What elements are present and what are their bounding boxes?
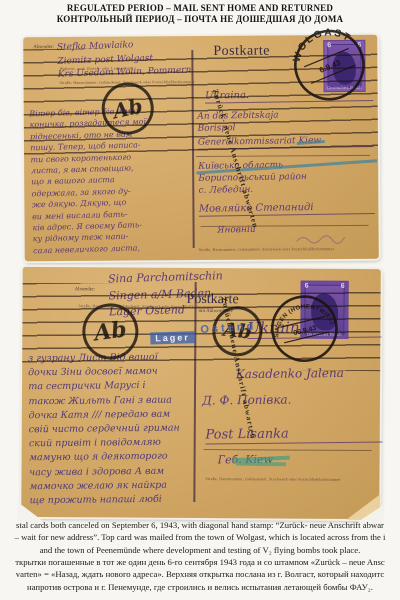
crossed-out-city: Kiew bbox=[245, 453, 273, 466]
address-line: Д. Ф. Попівка. bbox=[202, 392, 382, 408]
caption-russian: ткрытки погашенные в тот же один день 6-… bbox=[0, 556, 400, 593]
address-line: Бориспольський район bbox=[198, 171, 374, 184]
absender-label: Absender: bbox=[33, 45, 54, 50]
message-line: часу жива і здорова А вам bbox=[29, 464, 180, 480]
address-line: Геб. Kiew bbox=[218, 452, 383, 467]
message-line: мамуню що я деякоторого bbox=[29, 450, 180, 466]
caption-english: stal cards both canceled on September 6,… bbox=[0, 519, 400, 556]
form-hint: Straße, Hausnummer, Gebäudeteil, Stockwe… bbox=[205, 476, 340, 482]
ab-text: Ab bbox=[93, 316, 129, 346]
album-page: REGULATED PERIOD – MAIL SENT HOME AND RE… bbox=[0, 0, 400, 600]
message-block: з гузрану Лист Від вашої дочки Зіни досв… bbox=[28, 351, 181, 509]
message-line: також Жильть Гані з ваша bbox=[28, 393, 179, 409]
caption-line: ткрытки погашенные в тот же один день 6-… bbox=[0, 556, 400, 568]
caption-line: напротив острова и г. Пенемунде, где стр… bbox=[0, 581, 400, 593]
lager-box-handstamp: Lager bbox=[150, 331, 195, 344]
absender-label: Absender: bbox=[75, 287, 96, 292]
caption-line: varten» = «Назад, ждать нового адреса». … bbox=[0, 568, 400, 580]
ab-text: Ab bbox=[111, 94, 145, 124]
address-line: Київська область bbox=[198, 159, 374, 172]
form-hint: Wohnort, auch Zustell- oder Leitpostamt bbox=[59, 65, 132, 71]
pencil-notation bbox=[295, 231, 355, 247]
bottom-postcard: Absender: Sina Parchomitschin Singen a/M… bbox=[21, 267, 381, 519]
address-line: Post Lisanka bbox=[205, 426, 382, 445]
caption-line: stal cards both canceled on September 6,… bbox=[0, 519, 400, 531]
address-text: Generalkommissariat bbox=[198, 136, 296, 148]
caption-line: – wait for new address”. Top card was ma… bbox=[0, 531, 400, 543]
sender-block: Stefka Mowlaiko Ziemitz post Wolgast Krs… bbox=[57, 37, 192, 82]
svg-text:WOLGAST: WOLGAST bbox=[284, 17, 355, 66]
addressee-name: Kasadenko Jalena bbox=[236, 366, 382, 382]
top-postcard: Absender: Stefka Mowlaiko Ziemitz post W… bbox=[23, 35, 379, 261]
address-line: с. Лебедин. bbox=[198, 183, 374, 196]
stamp-denomination: 6 bbox=[341, 283, 345, 290]
stamp-denomination: 6 bbox=[305, 283, 309, 290]
addressee-name: Мовляйко Степаниді bbox=[199, 201, 375, 217]
postmark-town: WOLGAST bbox=[284, 17, 355, 66]
message-line: ще прожить напаші любі bbox=[30, 493, 181, 509]
caption-line: and the town of Peenemünde where develop… bbox=[0, 544, 400, 556]
postkarte-heading: Postkarte bbox=[213, 44, 270, 60]
message-line: дочки Зіни досвоєї мамоч bbox=[28, 365, 179, 381]
message-line: сала невеличкого листа, bbox=[33, 242, 150, 257]
crossed-out-city: Kiew bbox=[298, 136, 321, 146]
page-title-en: REGULATED PERIOD – MAIL SENT HOME AND RE… bbox=[0, 3, 400, 14]
